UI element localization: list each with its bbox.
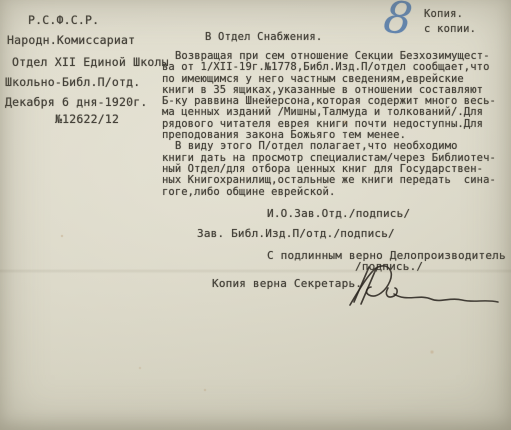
letterhead-commissariat: Народн.Комиссариат [7,33,135,47]
body-line: ных Книгохранилищ,остальные же книги пер… [162,175,510,186]
signature-line-library-head: Зав. Библ.Изд.П/отд./подпись/ [197,227,395,240]
body-line: В виду этого П/отдел полагает,что необхо… [162,141,510,152]
letterhead-date: Декабря 6 дня-1920г. [5,95,147,109]
letterhead-reference-number: №12622/12 [55,112,119,126]
letterhead-department: Отдел XII Единой Школы [12,55,169,69]
body-text: Возвращая при сем отношение Секции Безхо… [162,51,510,198]
copy-note-line-2: с копии. [424,23,476,35]
copy-note-line-1: Копия. [424,8,463,20]
recipient-line: В Отдел Снабжения. [205,31,322,43]
handwritten-signature [338,258,510,318]
body-line: гоге,либо общине еврейской. [162,187,510,198]
handwritten-archive-number: 8 [381,0,415,46]
letterhead-subdepartment: Школьно-Библ.П/отд. [5,75,140,89]
document-page: 8 Копия. с копии. Р.С.Ф.С.Р. Народн.Коми… [0,0,511,430]
letterhead-rsfsr: Р.С.Ф.С.Р. [28,13,99,27]
body-line: ва от 1/XII-19г.№1778,Библ.Изд.П/отдел с… [162,62,510,73]
signature-line-acting-head: И.О.Зав.Отд./подпись/ [267,207,410,220]
